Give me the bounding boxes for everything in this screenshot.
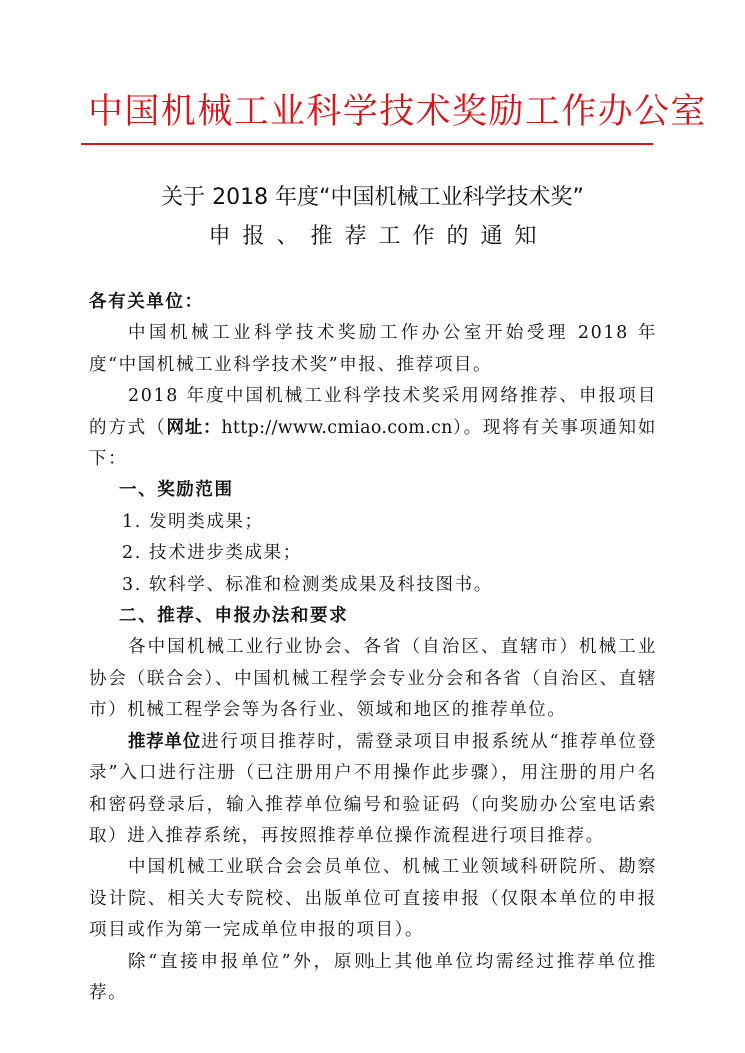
list-item-invention: 1. 发明类成果；: [89, 507, 657, 538]
paragraph-recommend-process: 推荐单位进行项目推荐时，需登录项目申报系统从“推荐单位登录”入口进行注册（已注册…: [89, 727, 657, 853]
list-item-soft-science: 3. 软科学、标准和检测类成果及科技图书。: [89, 570, 657, 601]
document-body: 各有关单位： 中国机械工业科学技术奖励工作办公室开始受理 2018 年度“中国机…: [89, 287, 657, 1009]
section-heading-award-scope: 一、奖励范围: [89, 475, 657, 506]
method-paragraph: 2018 年度中国机械工业科学技术奖采用网络推荐、申报项目的方式（网址：http…: [89, 381, 657, 475]
salutation: 各有关单位：: [89, 287, 657, 318]
document-title-line-2: 申报、推荐工作的通知: [0, 222, 745, 252]
paragraph-other-units: 除“直接申报单位”外，原则上其他单位均需经过推荐单位推荐。: [89, 947, 657, 1010]
letterhead-divider: [81, 143, 653, 145]
organization-letterhead: 中国机械工业科学技术奖励工作办公室: [88, 92, 648, 132]
paragraph-direct-application: 中国机械工业联合会会员单位、机械工业领域科研院所、勘察设计院、相关大专院校、出版…: [89, 852, 657, 946]
url-label: 网址：: [167, 418, 222, 438]
website-url[interactable]: http://www.cmiao.com.cn: [221, 418, 452, 438]
page-number: 1: [0, 957, 745, 970]
list-item-tech-progress: 2. 技术进步类成果；: [89, 538, 657, 569]
intro-paragraph: 中国机械工业科学技术奖励工作办公室开始受理 2018 年度“中国机械工业科学技术…: [89, 318, 657, 381]
bold-lead-recommending-unit: 推荐单位: [128, 732, 201, 752]
paragraph-recommending-units: 各中国机械工业行业协会、各省（自治区、直辖市）机械工业协会（联合会）、中国机械工…: [89, 632, 657, 726]
document-title-line-1: 关于 2018 年度“中国机械工业科学技术奖”: [0, 183, 745, 213]
section-heading-recommend-methods: 二、推荐、申报办法和要求: [89, 601, 657, 632]
